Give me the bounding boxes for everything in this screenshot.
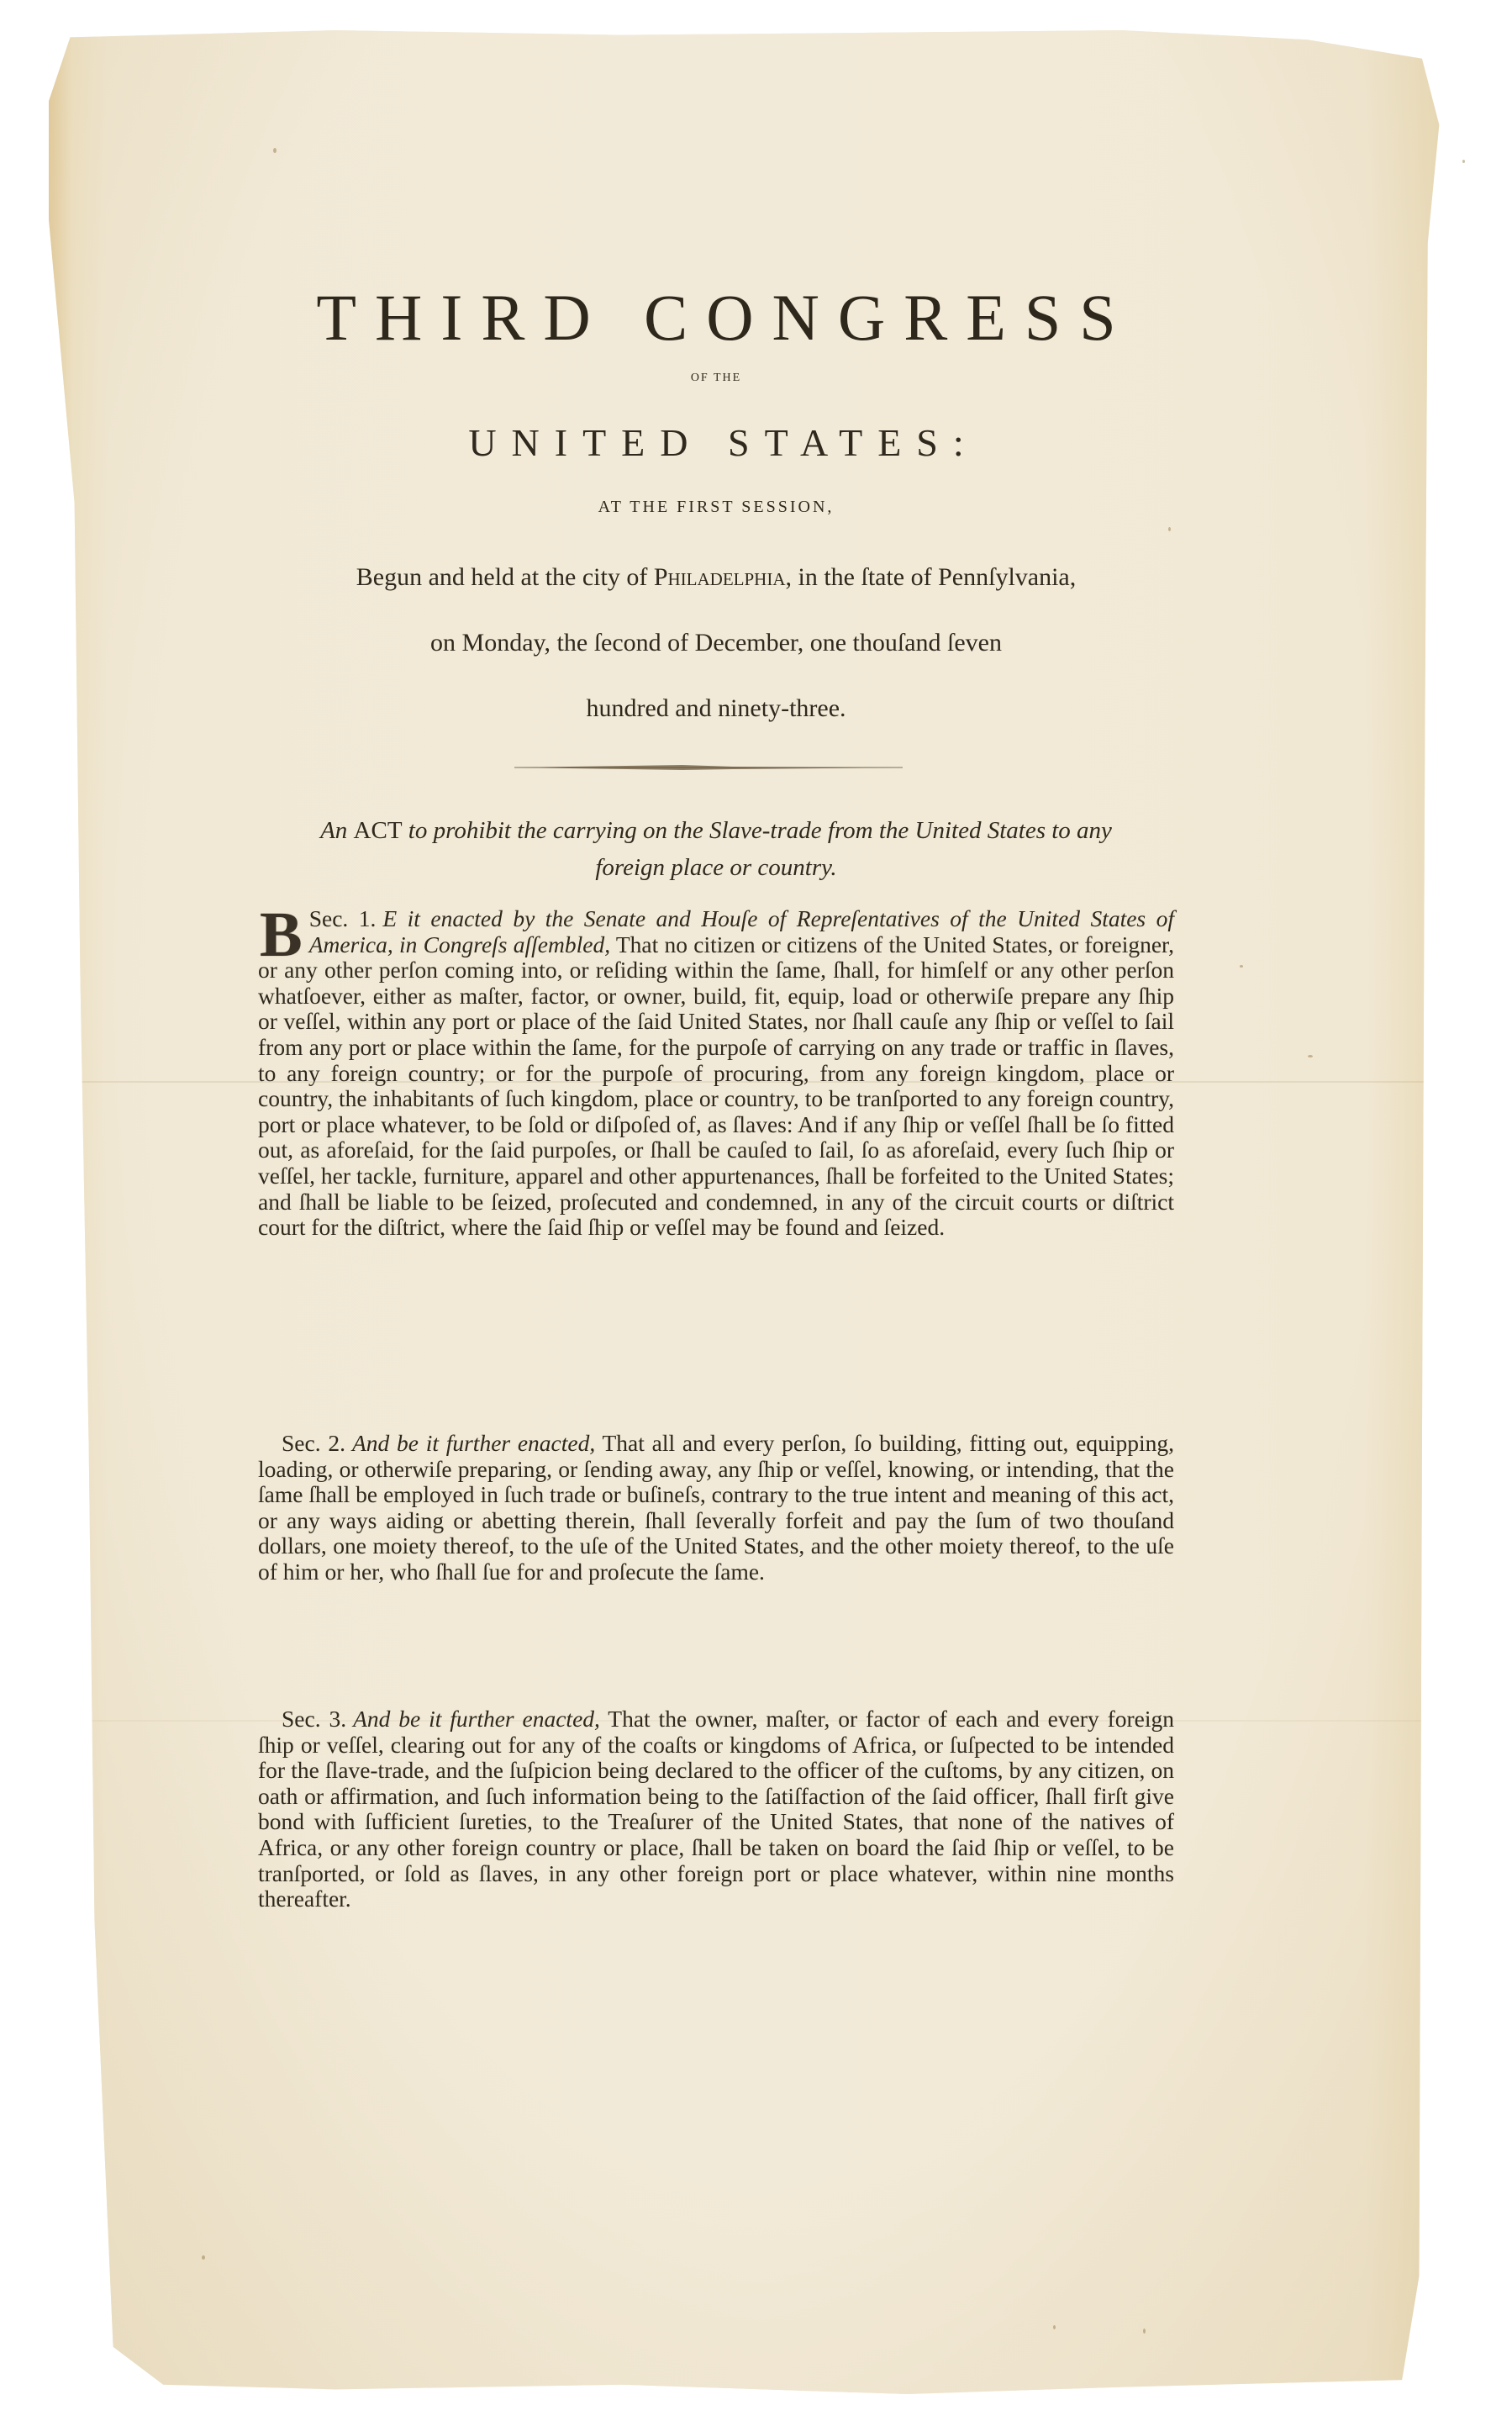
act-title-line-2: foreign place or country. — [258, 849, 1174, 886]
paper-speck — [1240, 965, 1243, 968]
act-word: ACT — [354, 817, 403, 844]
act-prefix: An — [320, 817, 353, 844]
section-enacting-clause: And be it further enacted, — [352, 1430, 595, 1456]
paper-speck — [1168, 527, 1171, 531]
title-united-states: UNITED STATES: — [258, 420, 1174, 466]
preamble-line-1: Begun and held at the city of Philadelph… — [258, 545, 1174, 610]
ornamental-divider — [514, 763, 903, 772]
preamble-text: , in the ſtate of Pennſylvania, — [786, 563, 1077, 591]
city-name: Philadelphia — [654, 563, 786, 591]
preamble-text: Begun and held at the city of — [356, 563, 654, 591]
paper-speck — [1462, 160, 1465, 163]
title-of-the: OF THE — [258, 372, 1174, 385]
section-label: Sec. 3. — [282, 1706, 346, 1732]
preamble-line-2: on Monday, the ſecond of December, one t… — [258, 610, 1174, 676]
paper-speck — [1053, 2325, 1056, 2329]
act-title-text: to prohibit the carrying on the Slave-tr… — [403, 817, 1112, 844]
section-text: That the owner, maſter, or factor of eac… — [258, 1706, 1174, 1912]
session-heading: AT THE FIRST SESSION, — [258, 498, 1174, 517]
section-3: Sec. 3.And be it further enacted, That t… — [258, 1706, 1174, 1912]
section-label: Sec. 2. — [282, 1430, 345, 1456]
section-enacting-clause: And be it further enacted, — [353, 1706, 600, 1732]
drop-cap: B — [260, 910, 303, 960]
section-text: That no citizen or citizens of the Unite… — [258, 931, 1174, 1241]
session-preamble: Begun and held at the city of Philadelph… — [258, 545, 1174, 741]
act-title-line-1: An ACT to prohibit the carrying on the S… — [258, 812, 1174, 849]
paper-speck — [202, 2255, 205, 2260]
section-label: Sec. 1. — [309, 905, 377, 931]
title-third-congress: THIRD CONGRESS — [258, 284, 1174, 351]
paper-speck — [1143, 2329, 1146, 2334]
paper-speck — [273, 148, 277, 153]
section-2: Sec. 2.And be it further enacted, That a… — [258, 1431, 1174, 1585]
paper-speck — [1308, 1055, 1313, 1058]
section-1: Sec. 1.BE it enacted by the Senate and H… — [258, 906, 1174, 1241]
preamble-line-3: hundred and ninety-three. — [258, 676, 1174, 741]
act-title: An ACT to prohibit the carrying on the S… — [258, 812, 1174, 886]
